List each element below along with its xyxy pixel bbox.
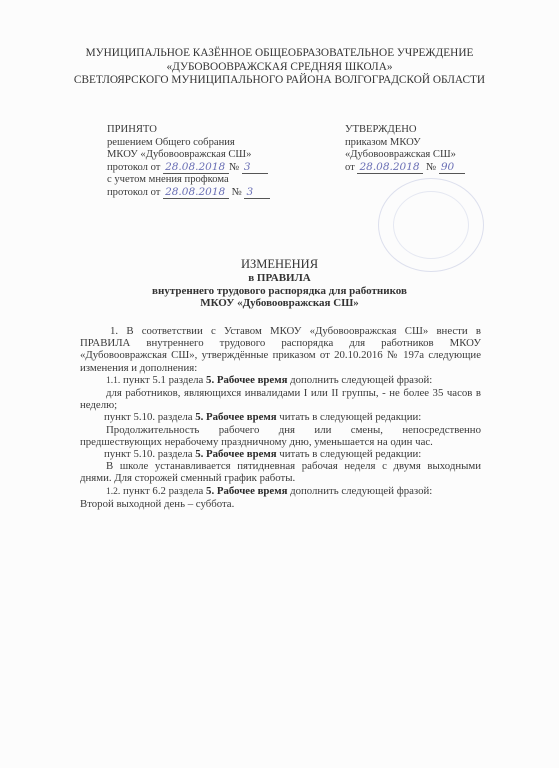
protocol2-date-handwritten: 28.08.2018 [163, 187, 229, 199]
document-body: 1. В соответствии с Уставом МКОУ «Дубово… [80, 325, 481, 510]
approved-line-2: «Дубовоовражская СШ» [345, 149, 465, 162]
number-sign: № [229, 162, 239, 173]
institution-header: МУНИЦИПАЛЬНОЕ КАЗЁННОЕ ОБЩЕОБРАЗОВАТЕЛЬН… [0, 47, 559, 88]
paragraph-holiday-reduction: Продолжительность рабочего дня или смены… [80, 424, 481, 448]
title-sub-1: в ПРАВИЛА [0, 272, 559, 285]
paragraph-disabled-workers: для работников, являющихся инвалидами I … [80, 387, 481, 411]
accepted-title: ПРИНЯТО [107, 124, 270, 137]
accepted-line-1: решением Общего собрания [107, 137, 270, 150]
header-line-2: «ДУБОВООВРАЖСКАЯ СРЕДНЯЯ ШКОЛА» [0, 61, 559, 75]
section-name: 5. Рабочее время [195, 448, 276, 460]
approved-line-1: приказом МКОУ [345, 137, 465, 150]
paragraph-five-day-week: В школе устанавливается пятидневная рабо… [80, 460, 481, 484]
paragraph-saturday: Второй выходной день – суббота. [80, 498, 481, 510]
protocol-date-handwritten: 28.08.2018 [163, 162, 229, 174]
protocol-number-handwritten: 3 [242, 162, 268, 174]
section-name: 5. Рабочее время [206, 485, 287, 497]
order-date-handwritten: 28.08.2018 [357, 162, 423, 174]
header-line-1: МУНИЦИПАЛЬНОЕ КАЗЁННОЕ ОБЩЕОБРАЗОВАТЕЛЬН… [0, 47, 559, 61]
number-sign: № [232, 187, 242, 198]
header-line-3: СВЕТЛОЯРСКОГО МУНИЦИПАЛЬНОГО РАЙОНА ВОЛГ… [0, 74, 559, 88]
accepted-protocol2-line: протокол от 28.08.2018 № 3 [107, 187, 270, 200]
title-sub-2: внутреннего трудового распорядка для раб… [0, 285, 559, 298]
from-label: от [345, 162, 355, 173]
paragraph-1: 1. В соответствии с Уставом МКОУ «Дубово… [80, 325, 481, 374]
document-title: ИЗМЕНЕНИЯ в ПРАВИЛА внутреннего трудовог… [0, 257, 559, 310]
document-page: МУНИЦИПАЛЬНОЕ КАЗЁННОЕ ОБЩЕОБРАЗОВАТЕЛЬН… [0, 0, 559, 768]
section-name: 5. Рабочее время [206, 374, 287, 386]
paragraph-1-1: 1.1. пункт 5.1 раздела 5. Рабочее время … [80, 374, 481, 387]
paragraph-item-5-10-b: пункт 5.10. раздела 5. Рабочее время чит… [80, 448, 481, 460]
item-number: 1.1. [106, 376, 120, 386]
approved-block: УТВЕРЖДЕНО приказом МКОУ «Дубовоовражска… [345, 124, 465, 174]
approved-order-line: от 28.08.2018 № 90 [345, 162, 465, 175]
section-name: 5. Рабочее время [195, 411, 276, 423]
title-sub-3: МКОУ «Дубовоовражская СШ» [0, 297, 559, 310]
paragraph-1-2: 1.2. пункт 6.2 раздела 5. Рабочее время … [80, 485, 481, 498]
number-sign: № [426, 162, 436, 173]
protocol-label: протокол от [107, 162, 160, 173]
accepted-line-2: МКОУ «Дубовоовражская СШ» [107, 149, 270, 162]
protocol2-number-handwritten: 3 [244, 187, 270, 199]
accepted-protocol-line: протокол от 28.08.2018№ 3 [107, 162, 270, 175]
accepted-block: ПРИНЯТО решением Общего собрания МКОУ «Д… [107, 124, 270, 200]
order-number-handwritten: 90 [439, 162, 465, 174]
approved-title: УТВЕРЖДЕНО [345, 124, 465, 137]
protocol2-label: протокол от [107, 187, 160, 198]
paragraph-item-5-10-a: пункт 5.10. раздела 5. Рабочее время чит… [80, 411, 481, 423]
title-main: ИЗМЕНЕНИЯ [0, 257, 559, 272]
item-number: 1.2. [106, 487, 120, 497]
